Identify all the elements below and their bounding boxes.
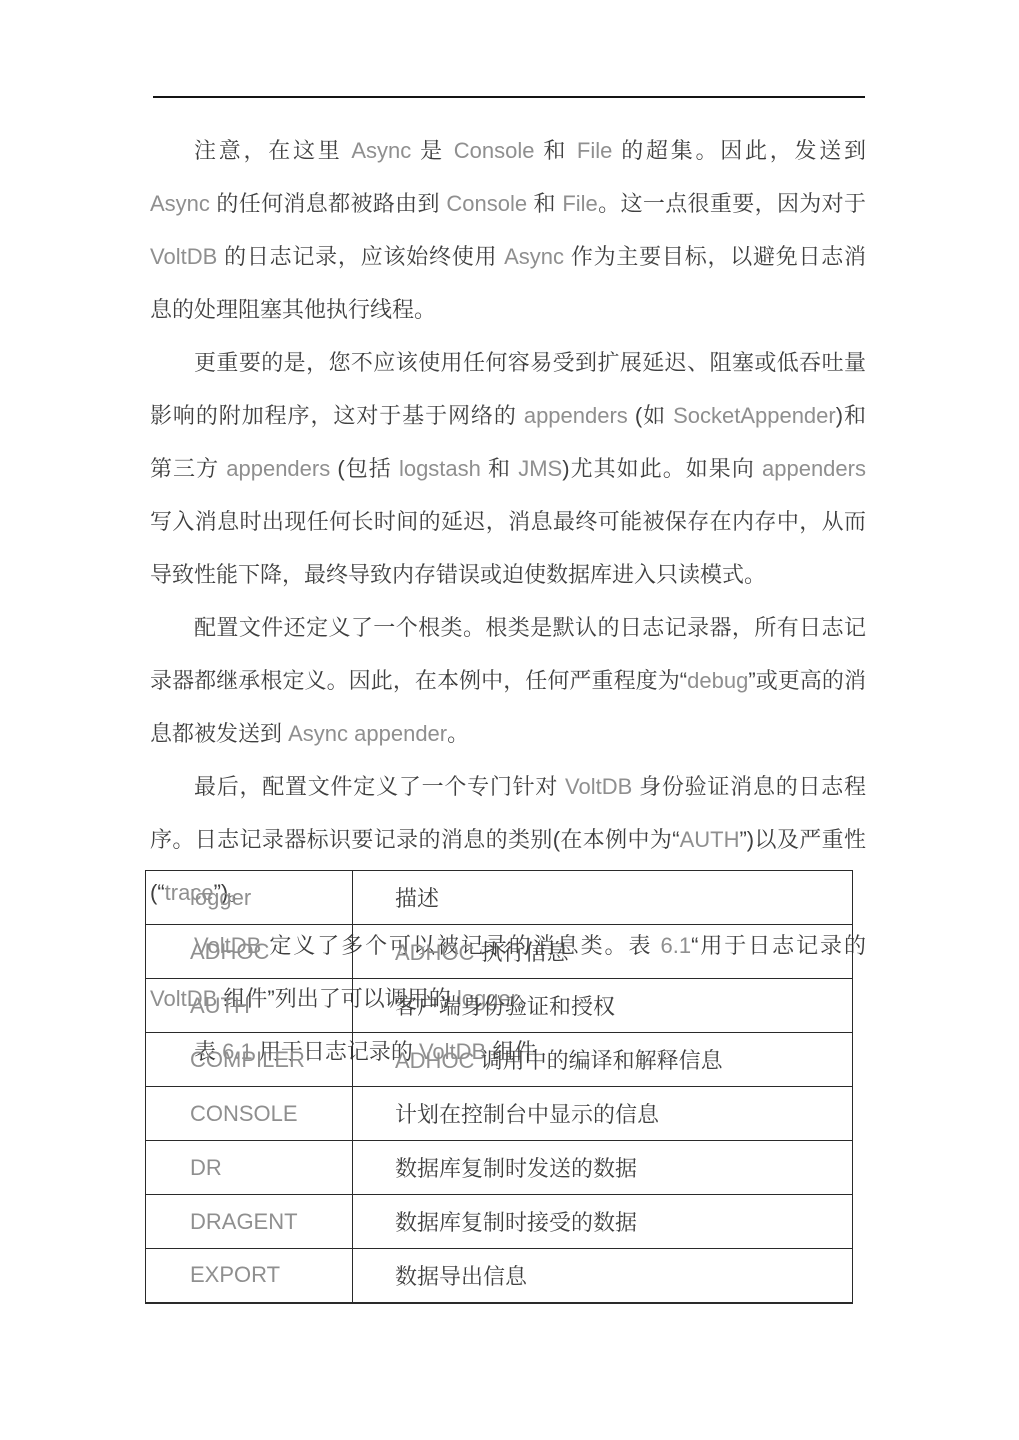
description-cell: 描述	[353, 871, 853, 925]
description-cell: 客户端身份验证和授权	[353, 979, 853, 1033]
text-run: 数据库复制时发送的数据	[395, 1156, 637, 1181]
text-run: appenders	[226, 456, 330, 481]
text-run: 。	[447, 721, 469, 746]
text-run: 写入消息时出现任何长时间的延迟，消息最终可能被保存在内存中，从而导致性能下降，最…	[150, 509, 866, 587]
logger-table: logger描述 ADHOCADHOC 执行信息AUTH客户端身份验证和授权CO…	[145, 870, 853, 1304]
text-run: SocketAppender	[673, 403, 836, 428]
text-run: 调用中的编译和解释信息	[474, 1048, 722, 1073]
text-run: debug	[687, 668, 748, 693]
text-run: Async	[504, 244, 564, 269]
text-run: ADHOC	[395, 1048, 474, 1073]
description-cell: 数据库复制时发送的数据	[353, 1141, 853, 1195]
logger-cell: AUTH	[146, 979, 353, 1033]
table-row: CONSOLE计划在控制台中显示的信息	[146, 1087, 853, 1141]
logger-table-head: logger描述	[146, 871, 853, 925]
text-run: appenders	[762, 456, 866, 481]
table-row: COMPILERADHOC 调用中的编译和解释信息	[146, 1033, 853, 1087]
table-row: AUTH客户端身份验证和授权	[146, 979, 853, 1033]
logger-cell: CONSOLE	[146, 1087, 353, 1141]
header-rule	[153, 96, 865, 98]
text-run: VoltDB	[150, 244, 217, 269]
text-run: DR	[190, 1155, 222, 1180]
table-row: DRAGENT数据库复制时接受的数据	[146, 1195, 853, 1249]
description-cell: 计划在控制台中显示的信息	[353, 1087, 853, 1141]
description-cell: 数据导出信息	[353, 1249, 853, 1303]
text-run: Async	[351, 138, 411, 163]
text-run: 描述	[395, 886, 439, 911]
paragraph-async-superset: 注意，在这里 Async 是 Console 和 File 的超集。因此，发送到…	[150, 124, 866, 336]
logger-table-body: ADHOCADHOC 执行信息AUTH客户端身份验证和授权COMPILERADH…	[146, 925, 853, 1303]
logger-cell: DRAGENT	[146, 1195, 353, 1249]
text-run: DRAGENT	[190, 1209, 298, 1234]
table-row: EXPORT数据导出信息	[146, 1249, 853, 1303]
paragraph-root-logger: 配置文件还定义了一个根类。根类是默认的日志记录器，所有日志记录器都继承根定义。因…	[150, 601, 866, 760]
text-run: logger	[190, 885, 251, 910]
text-run: 执行信息	[474, 940, 568, 965]
text-run: 数据导出信息	[395, 1264, 527, 1289]
description-cell: ADHOC 调用中的编译和解释信息	[353, 1033, 853, 1087]
logger-cell: logger	[146, 871, 353, 925]
text-run: AUTH	[190, 993, 250, 1018]
text-run: Async	[150, 191, 210, 216]
text-run: 的日志记录，应该始终使用	[217, 244, 504, 269]
table-row: DR数据库复制时发送的数据	[146, 1141, 853, 1195]
text-run: 数据库复制时接受的数据	[395, 1210, 637, 1235]
text-run: 客户端身份验证和授权	[395, 994, 615, 1019]
logger-cell: ADHOC	[146, 925, 353, 979]
document-page: 注意，在这里 Async 是 Console 和 File 的超集。因此，发送到…	[0, 0, 1019, 1440]
text-run: VoltDB	[565, 774, 632, 799]
description-cell: ADHOC 执行信息	[353, 925, 853, 979]
text-run: CONSOLE	[190, 1101, 298, 1126]
description-cell: 数据库复制时接受的数据	[353, 1195, 853, 1249]
table-header-row: logger描述	[146, 871, 853, 925]
table-row: ADHOCADHOC 执行信息	[146, 925, 853, 979]
text-run: COMPILER	[190, 1047, 305, 1072]
logger-cell: EXPORT	[146, 1249, 353, 1303]
text-run: 最后，配置文件定义了一个专门针对	[194, 774, 565, 799]
text-run: Console	[446, 191, 527, 216]
text-run: )尤其如此。如果向	[562, 456, 762, 481]
text-run: 和	[481, 456, 518, 481]
text-run: JMS	[518, 456, 562, 481]
text-run: (如	[628, 403, 673, 428]
text-run: 是	[411, 138, 453, 163]
text-run: logstash	[399, 456, 481, 481]
text-run: Async appender	[288, 721, 447, 746]
text-run: EXPORT	[190, 1262, 280, 1287]
text-run: 。这一点很重要，因为对于	[598, 191, 866, 216]
text-run: 和	[527, 191, 562, 216]
text-run: 计划在控制台中显示的信息	[395, 1102, 659, 1127]
text-run: 和	[534, 138, 576, 163]
text-run: Console	[454, 138, 535, 163]
logger-cell: COMPILER	[146, 1033, 353, 1087]
text-run: AUTH	[680, 827, 740, 852]
paragraph-appender-warning: 更重要的是，您不应该使用任何容易受到扩展延迟、阻塞或低吞吐量影响的附加程序，这对…	[150, 336, 866, 601]
text-run: File	[577, 138, 612, 163]
text-run: (包括	[330, 456, 399, 481]
logger-cell: DR	[146, 1141, 353, 1195]
text-run: appenders	[524, 403, 628, 428]
text-run: ADHOC	[395, 940, 474, 965]
text-run: 的任何消息都被路由到	[210, 191, 446, 216]
text-run: 注意，在这里	[194, 138, 351, 163]
text-run: ADHOC	[190, 939, 269, 964]
text-run: File	[562, 191, 597, 216]
text-run: 的超集。因此，发送到	[612, 138, 866, 163]
